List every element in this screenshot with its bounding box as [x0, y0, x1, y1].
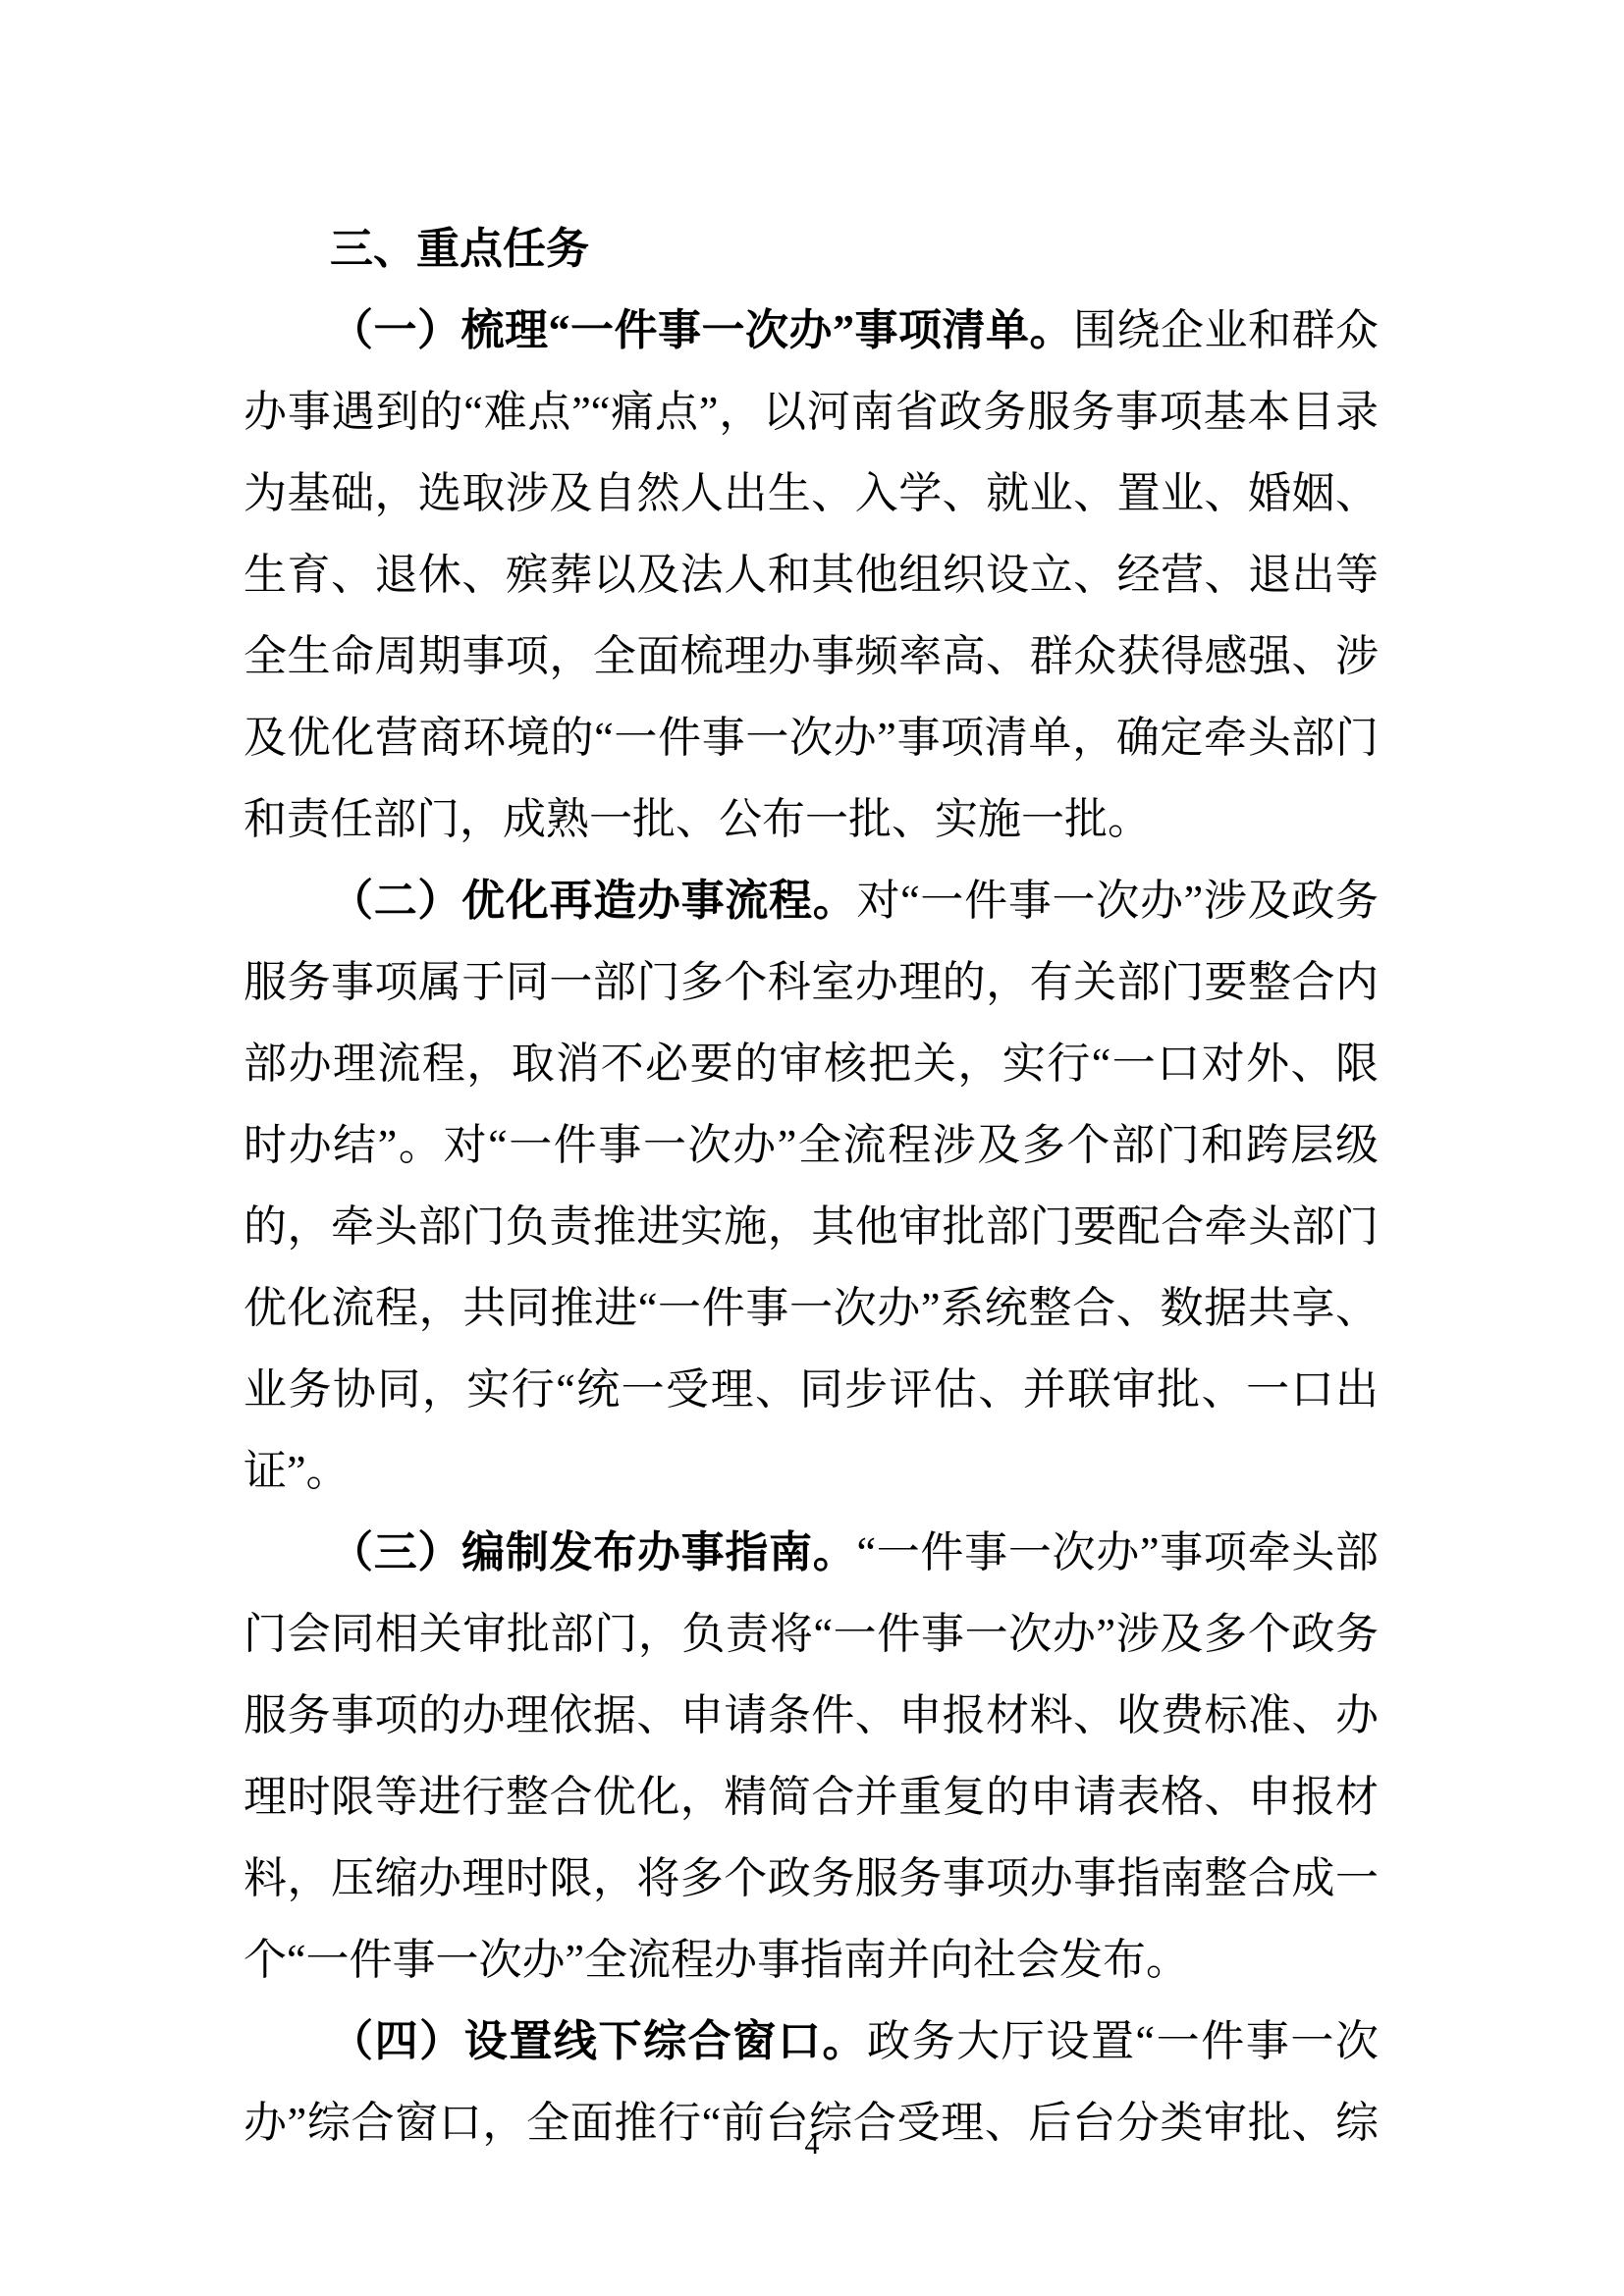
- paragraph-2-text: 对“一件事一次办”涉及政务服务事项属于同一部门多个科室办理的，有关部门要整合内部…: [244, 877, 1379, 1495]
- page-number: 4: [0, 2128, 1624, 2162]
- paragraph-4-lead: （四）设置线下综合窗口。: [330, 2017, 867, 2065]
- paragraph-3-lead: （三）编制发布办事指南。: [330, 1528, 856, 1576]
- document-page: 三、重点任务 （一）梳理“一件事一次办”事项清单。围绕企业和群众办事遇到的“难点…: [0, 0, 1624, 2296]
- paragraph-1-lead: （一）梳理“一件事一次办”事项清单。: [330, 306, 1073, 354]
- paragraph-3-text: “一件事一次办”事项牵头部门会同相关审批部门，负责将“一件事一次办”涉及多个政务…: [244, 1528, 1379, 1984]
- document-content: 三、重点任务 （一）梳理“一件事一次办”事项清单。围绕企业和群众办事遇到的“难点…: [244, 208, 1379, 2163]
- paragraph-1-text: 围绕企业和群众办事遇到的“难点”“痛点”，以河南省政务服务事项基本目录为基础，选…: [244, 306, 1379, 843]
- paragraph-2: （二）优化再造办事流程。对“一件事一次办”涉及政务服务事项属于同一部门多个科室办…: [244, 860, 1379, 1512]
- paragraph-2-lead: （二）优化再造办事流程。: [330, 877, 856, 925]
- paragraph-1: （一）梳理“一件事一次办”事项清单。围绕企业和群众办事遇到的“难点”“痛点”，以…: [244, 290, 1379, 860]
- section-heading: 三、重点任务: [244, 208, 1379, 290]
- paragraph-3: （三）编制发布办事指南。“一件事一次办”事项牵头部门会同相关审批部门，负责将“一…: [244, 1512, 1379, 2001]
